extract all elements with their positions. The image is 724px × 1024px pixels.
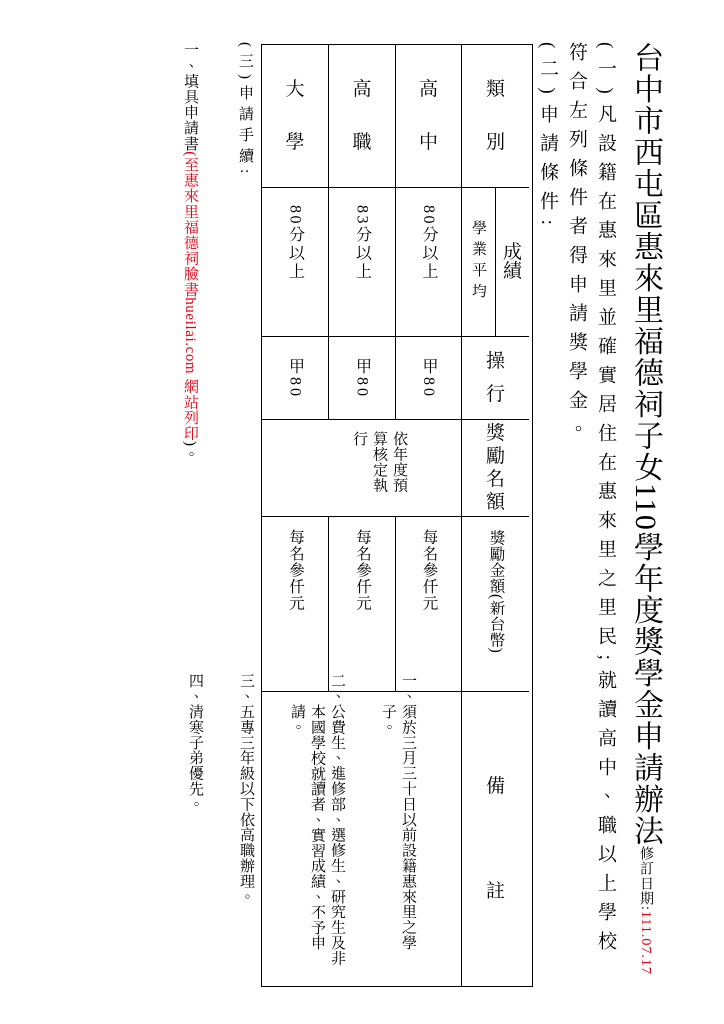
scholarship-table: 大學 高職 高中 類別 80分以上 83分以上 80分以上 學業平均 成績 甲8…	[261, 44, 533, 987]
amount-highschool: 每名參仟元	[395, 516, 461, 691]
notes-cell: 一、須於三月三十日以前設籍惠來里之學子。 二、公費生、進修部、選修生、研究生及非…	[262, 691, 461, 986]
intro-item-2: (二)申請條件:	[533, 42, 562, 985]
academic-avg-highschool: 80分以上	[395, 187, 461, 336]
conduct-highschool: 甲80	[395, 336, 461, 419]
title-and-intro-section: 台中市西屯區惠來里福德祠子女110學年度獎學金申請辦法修訂日期:111.07.1…	[533, 42, 700, 985]
table-header-academic-avg: 學業平均	[462, 188, 495, 336]
notes-list: 一、須於三月三十日以前設籍惠來里之學子。 二、公費生、進修部、選修生、研究生及非…	[185, 704, 449, 976]
note-item-2: 二、公費生、進修部、選修生、研究生及非本國學校就讀者、實習成績、不予申請。	[287, 704, 378, 976]
table-header-conduct: 操行	[461, 336, 529, 419]
note-item-4: 四、清寒子弟優先。	[185, 704, 236, 976]
table-header-category: 類別	[461, 45, 529, 187]
category-cell-vocational: 高職	[328, 45, 395, 187]
academic-avg-vocational: 83分以上	[328, 187, 395, 336]
note-item-3: 三、五專三年級以下依高職辦理。	[236, 704, 287, 976]
table-header-amount: 獎勵金額(新台幣)	[461, 516, 529, 691]
temple-address-note: (惠來里福德祠地址:惠中路一段109號)	[0, 42, 179, 985]
intro-item-1: (一)凡設籍在惠來里並確實居住在惠來里之里民;就讀高中、職以上學校符合左列條件者…	[562, 42, 620, 985]
table-header-score: 成績	[495, 188, 529, 336]
document-title-text: 台中市西屯區惠來里福德祠子女110學年度獎學金申請辦法	[629, 42, 662, 846]
amount-vocational: 每名參仟元	[328, 516, 395, 691]
academic-avg-university: 80分以上	[262, 187, 328, 336]
table-header-notes: 備註	[461, 691, 529, 986]
amount-university: 每名參仟元	[262, 516, 328, 691]
category-cell-highschool: 高中	[395, 45, 461, 187]
conduct-vocational: 甲80	[328, 336, 395, 419]
category-cell-university: 大學	[262, 45, 328, 187]
document-title: 台中市西屯區惠來里福德祠子女110學年度獎學金申請辦法修訂日期:111.07.1…	[620, 42, 700, 985]
note-item-1: 一、須於三月三十日以前設籍惠來里之學子。	[378, 704, 449, 976]
conduct-university: 甲80	[262, 336, 328, 419]
document-page: 台中市西屯區惠來里福德祠子女110學年度獎學金申請辦法修訂日期:111.07.1…	[0, 0, 724, 1024]
quota-value-cell: 依年度預算核定執行	[262, 419, 461, 516]
table-header-score-group: 學業平均 成績	[461, 187, 529, 336]
table-header-quota: 獎勵名額	[461, 419, 529, 516]
revision-date: 修訂日期:111.07.17	[636, 846, 654, 975]
